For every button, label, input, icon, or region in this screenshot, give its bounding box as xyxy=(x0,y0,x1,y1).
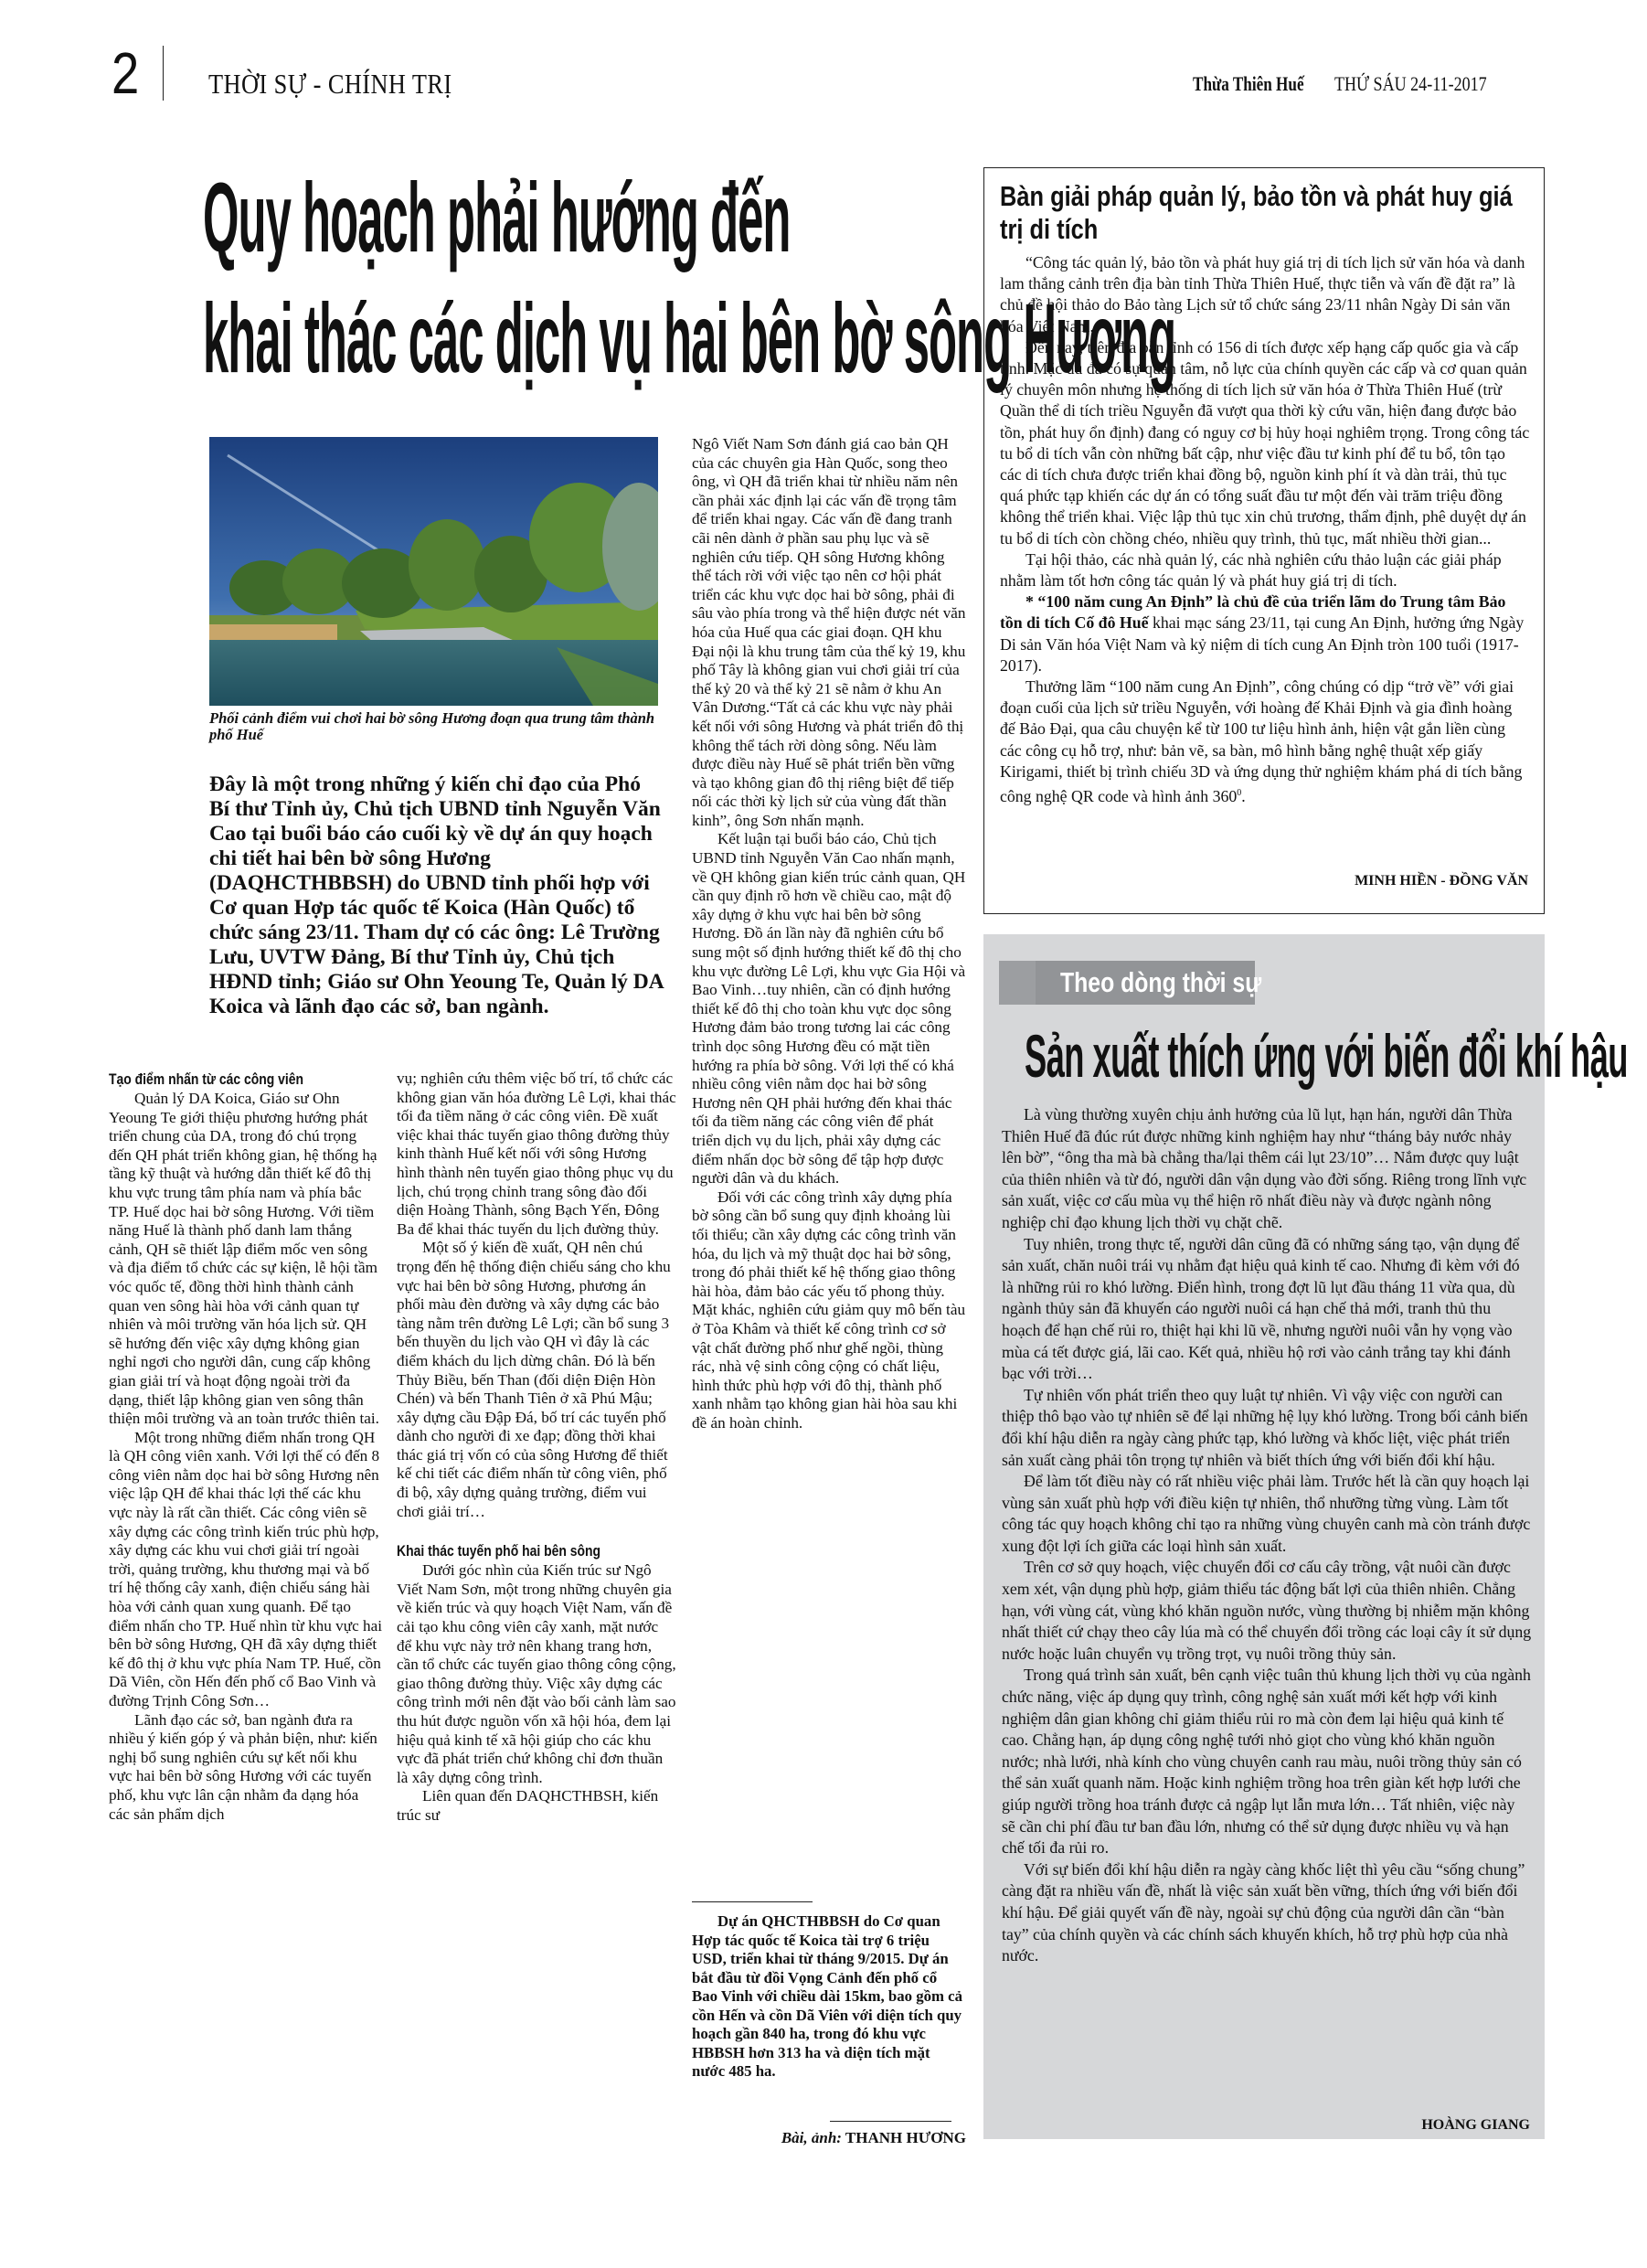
article-column-3: Ngô Viết Nam Sơn đánh giá cao bản QH của… xyxy=(692,435,966,1432)
paragraph: “Công tác quản lý, bảo tồn và phát huy g… xyxy=(1000,252,1530,337)
page-number: 2 xyxy=(112,44,139,102)
byline-name: THANH HƯƠNG xyxy=(845,2129,966,2146)
paragraph: Đến nay, trên địa bàn tỉnh có 156 di tíc… xyxy=(1000,337,1530,549)
paragraph: Tại hội thảo, các nhà quản lý, các nhà n… xyxy=(1000,549,1530,591)
byline-label: Bài, ảnh: xyxy=(781,2129,842,2146)
paragraph: Với sự biến đổi khí hậu diễn ra ngày càn… xyxy=(1002,1859,1532,1967)
masthead: Thừa Thiên Huế xyxy=(1193,72,1304,96)
paragraph: Là vùng thường xuyên chịu ảnh hưởng của … xyxy=(1002,1104,1532,1234)
subheading-parks: Tạo điểm nhấn từ các công viên xyxy=(109,1070,334,1090)
paragraph: * “100 năm cung An Định” là chủ đề của t… xyxy=(1000,591,1530,676)
kicker-label: Theo dòng thời sự xyxy=(1060,965,1261,1000)
article-lead: Đây là một trong những ý kiến chỉ đạo củ… xyxy=(209,772,666,1019)
issue-date: THỨ SÁU 24-11-2017 xyxy=(1334,72,1487,96)
paragraph: vụ; nghiên cứu thêm việc bố trí, tổ chức… xyxy=(397,1070,676,1239)
paragraph: Tuy nhiên, trong thực tế, người dân cũng… xyxy=(1002,1234,1532,1385)
paragraph: Liên quan đến DAQHCTHBSH, kiến trúc sư xyxy=(397,1787,676,1825)
paragraph: Kết luận tại buổi báo cáo, Chủ tịch UBND… xyxy=(692,830,966,1187)
riverside-park-illustration xyxy=(209,437,658,706)
heritage-byline: MINH HIỀN - ĐỒNG VĂN xyxy=(1000,873,1528,889)
paragraph: Tự nhiên vốn phát triển theo quy luật tự… xyxy=(1002,1385,1532,1471)
factbox-text: Dự án QHCTHBBSH do Cơ quan Hợp tác quốc … xyxy=(692,1912,966,2082)
project-factbox: Dự án QHCTHBBSH do Cơ quan Hợp tác quốc … xyxy=(692,1912,966,2082)
climate-box-body: Là vùng thường xuyên chịu ảnh hưởng của … xyxy=(1002,1104,1532,1967)
paragraph: Một số ý kiến đề xuất, QH nên chú trọng … xyxy=(397,1239,676,1521)
period: . xyxy=(1241,787,1245,805)
paragraph: Quản lý DA Koica, Giáo sư Ohn Yeoung Te … xyxy=(109,1090,383,1429)
heritage-box-body: “Công tác quản lý, bảo tồn và phát huy g… xyxy=(1000,252,1530,807)
paragraph: Ngô Viết Nam Sơn đánh giá cao bản QH của… xyxy=(692,435,966,830)
exhibition-text: Thưởng lãm “100 năm cung An Định”, công … xyxy=(1000,677,1522,805)
headline-line-2: khai thác các dịch vụ hai bên bờ sông Hư… xyxy=(203,278,718,399)
paragraph: Trong quá trình sản xuất, bên cạnh việc … xyxy=(1002,1665,1532,1858)
kicker-accent xyxy=(999,961,1036,1005)
headline-line-1: Quy hoạch phải hướng đến xyxy=(203,157,718,278)
paragraph: Dưới góc nhìn của Kiến trúc sư Ngô Viết … xyxy=(397,1561,676,1787)
paragraph: Một trong những điểm nhấn trong QH là QH… xyxy=(109,1429,383,1711)
main-headline: Quy hoạch phải hướng đến khai thác các d… xyxy=(203,157,718,399)
article-column-2: vụ; nghiên cứu thêm việc bố trí, tổ chức… xyxy=(397,1070,676,1826)
paragraph: Đối với các công trình xây dựng phía bờ … xyxy=(692,1188,966,1433)
paragraph: Lãnh đạo các sở, ban ngành đưa ra nhiều … xyxy=(109,1711,383,1825)
factbox-divider xyxy=(692,1901,813,1902)
article-column-1: Tạo điểm nhấn từ các công viên Quản lý D… xyxy=(109,1070,383,1824)
article-byline: Bài, ảnh: THANH HƯƠNG xyxy=(749,2129,966,2147)
byline-divider xyxy=(830,2121,951,2122)
heritage-box-title: Bàn giải pháp quản lý, bảo tồn và phát h… xyxy=(1000,180,1532,246)
paragraph: Thưởng lãm “100 năm cung An Định”, công … xyxy=(1000,676,1530,807)
climate-byline: HOÀNG GIANG xyxy=(1002,2117,1530,2134)
header-divider xyxy=(163,46,164,101)
section-name: THỜI SỰ - CHÍNH TRỊ xyxy=(208,68,452,101)
climate-box-title: Sản xuất thích ứng với biến đổi khí hậu xyxy=(1025,1019,1628,1092)
article-photo xyxy=(209,437,658,706)
photo-caption: Phối cảnh điểm vui chơi hai bờ sông Hươn… xyxy=(209,710,666,743)
subheading-streets: Khai thác tuyến phố hai bên sông xyxy=(397,1541,626,1561)
paragraph: Để làm tốt điều này có rất nhiều việc ph… xyxy=(1002,1471,1532,1557)
paragraph: Trên cơ sở quy hoạch, việc chuyển đổi cơ… xyxy=(1002,1557,1532,1665)
